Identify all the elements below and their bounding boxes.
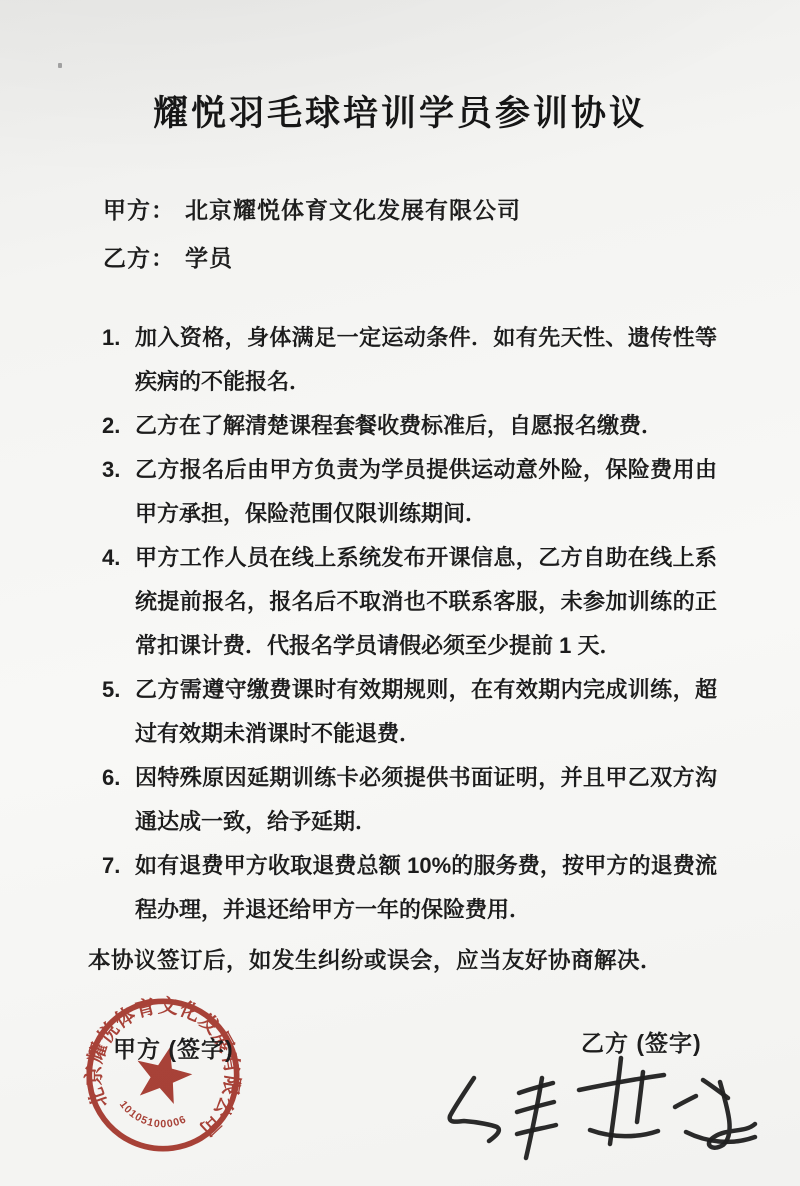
clause-6-text: 因特殊原因延期训练卡必须提供书面证明，并且甲乙双方沟通达成一致，给予延期． — [135, 756, 717, 844]
document-title: 耀悦羽毛球培训学员参训协议 — [0, 86, 800, 136]
clause-6-number: 6. — [102, 756, 135, 844]
party-b-row: 乙方： 学员 — [103, 232, 521, 280]
clause-5: 5. 乙方需遵守缴费课时有效期规则，在有效期内完成训练，超过有效期未消课时不能退… — [102, 668, 720, 756]
clause-6: 6. 因特殊原因延期训练卡必须提供书面证明，并且甲乙双方沟通达成一致，给予延期． — [102, 756, 720, 844]
parties-block: 甲方： 北京耀悦体育文化发展有限公司 乙方： 学员 — [103, 184, 521, 280]
party-b-signature-label: 乙方 (签字) — [581, 1025, 702, 1058]
clause-1: 1. 加入资格，身体满足一定运动条件．如有先天性、遗传性等疾病的不能报名． — [102, 316, 720, 404]
party-a-signature-label: 甲方 (签字) — [113, 1031, 234, 1064]
clause-list: 1. 加入资格，身体满足一定运动条件．如有先天性、遗传性等疾病的不能报名． 2.… — [102, 316, 720, 932]
scanned-agreement-page: 耀悦羽毛球培训学员参训协议 甲方： 北京耀悦体育文化发展有限公司 乙方： 学员 … — [0, 0, 800, 1186]
party-b-label: 乙方： — [103, 240, 175, 273]
party-a-name: 北京耀悦体育文化发展有限公司 — [185, 192, 521, 225]
clause-7-text: 如有退费甲方收取退费总额 10%的服务费，按甲方的退费流程办理，并退还给甲方一年… — [135, 844, 717, 932]
clause-4-text: 甲方工作人员在线上系统发布开课信息，乙方自助在线上系统提前报名，报名后不取消也不… — [135, 536, 717, 668]
clause-3: 3. 乙方报名后由甲方负责为学员提供运动意外险，保险费用由甲方承担，保险范围仅限… — [102, 448, 720, 536]
clause-1-text: 加入资格，身体满足一定运动条件．如有先天性、遗传性等疾病的不能报名． — [135, 316, 717, 404]
clause-7-number: 7. — [102, 844, 135, 932]
clause-2: 2. 乙方在了解清楚课程套餐收费标准后，自愿报名缴费． — [102, 404, 720, 448]
closing-statement: 本协议签订后，如发生纠纷或误会，应当友好协商解决． — [88, 943, 663, 975]
clause-5-number: 5. — [102, 668, 135, 756]
clause-3-text: 乙方报名后由甲方负责为学员提供运动意外险，保险费用由甲方承担，保险范围仅限训练期… — [135, 448, 717, 536]
clause-2-text: 乙方在了解清楚课程套餐收费标准后，自愿报名缴费． — [135, 404, 717, 448]
clause-4: 4. 甲方工作人员在线上系统发布开课信息，乙方自助在线上系统提前报名，报名后不取… — [102, 536, 720, 668]
party-b-name: 学员 — [185, 240, 233, 273]
clause-4-number: 4. — [102, 536, 135, 668]
clause-5-text: 乙方需遵守缴费课时有效期规则，在有效期内完成训练，超过有效期未消课时不能退费． — [135, 668, 717, 756]
clause-7: 7. 如有退费甲方收取退费总额 10%的服务费，按甲方的退费流程办理，并退还给甲… — [102, 844, 720, 932]
scan-artifact-speck — [58, 63, 62, 68]
clause-3-number: 3. — [102, 448, 135, 536]
party-a-row: 甲方： 北京耀悦体育文化发展有限公司 — [103, 184, 521, 232]
company-seal-stamp: 北京耀悦体育文化发展有限公司 1101051000063 — [78, 990, 248, 1160]
handwritten-signature — [440, 1052, 800, 1182]
clause-2-number: 2. — [102, 404, 135, 448]
party-a-label: 甲方： — [103, 192, 175, 225]
clause-1-number: 1. — [102, 316, 135, 404]
